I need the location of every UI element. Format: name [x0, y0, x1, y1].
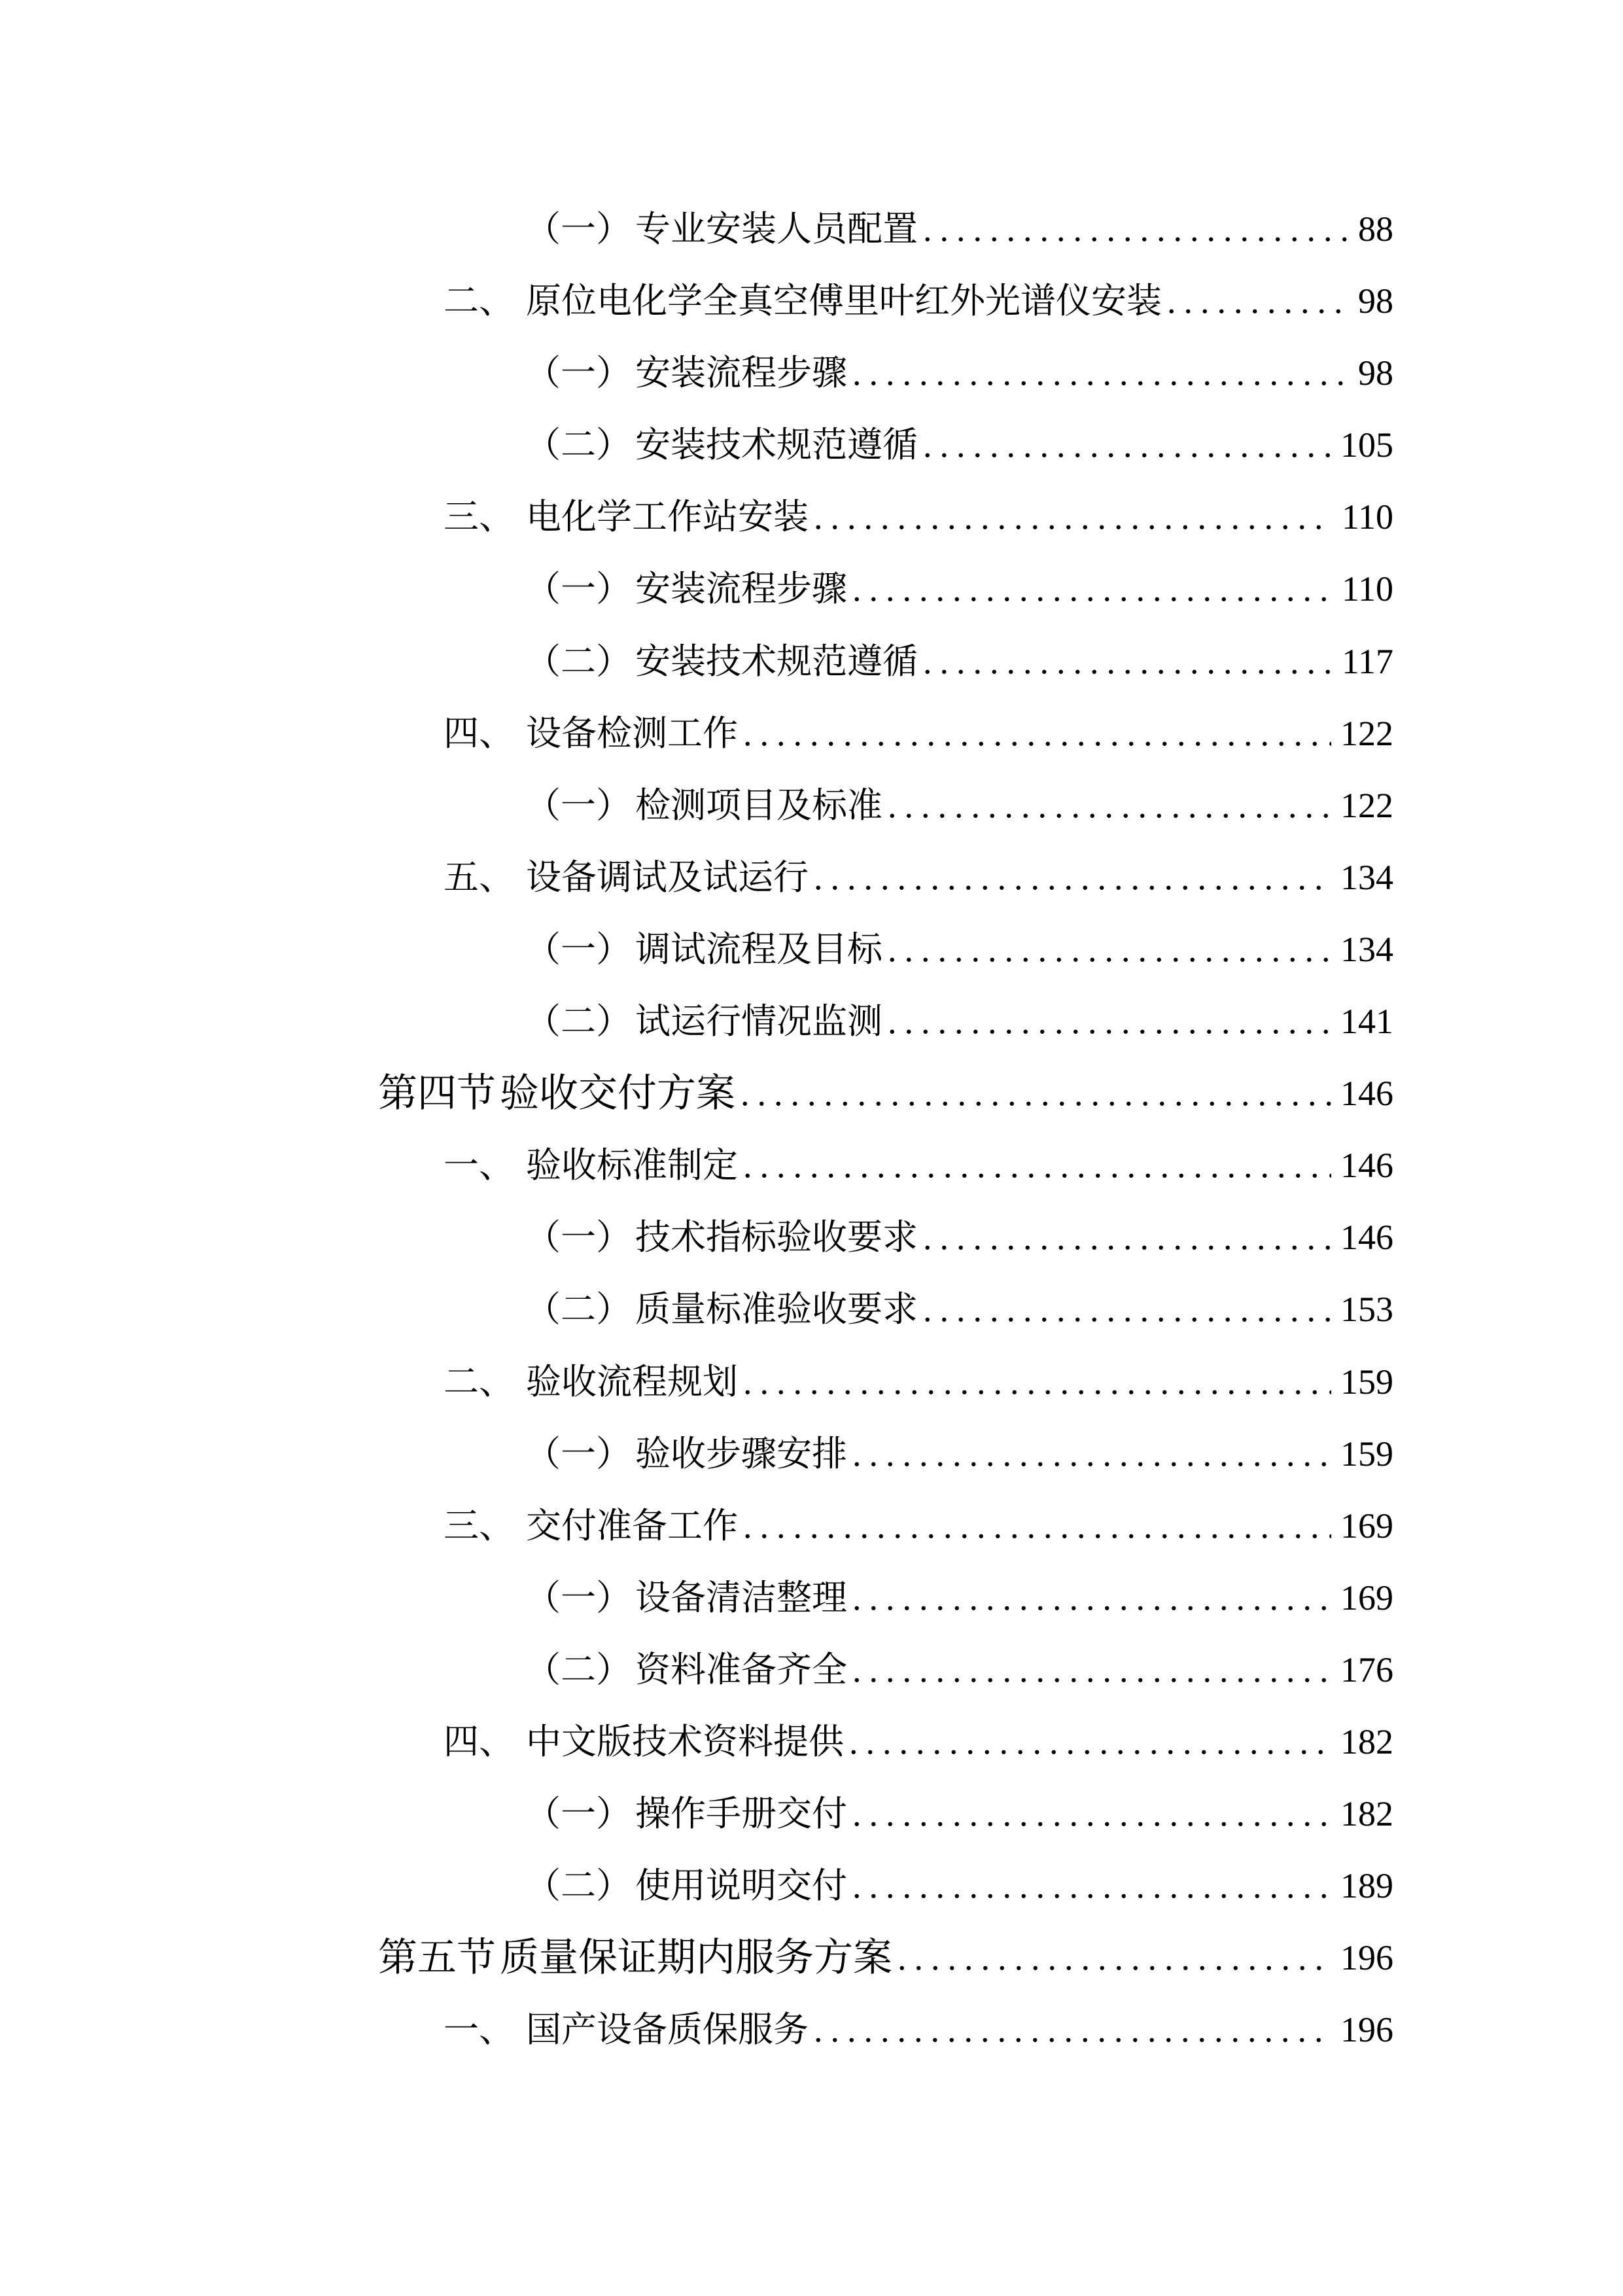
toc-entry-page-number: 176	[1340, 1634, 1393, 1706]
toc-entry-number: （一）	[525, 193, 631, 265]
toc-entry-number: （一）	[525, 553, 631, 625]
toc-entry-number: （二）	[525, 1273, 631, 1345]
toc-entry-title: 验收标准制定	[526, 1129, 738, 1201]
toc-entry-title: 设备调试及试运行	[526, 841, 809, 913]
toc-entry[interactable]: 四、中文版技术资料提供.............................…	[0, 1706, 1623, 1778]
dot-leader: ........................................…	[923, 193, 1349, 265]
toc-entry-page-number: 169	[1340, 1490, 1393, 1562]
dot-leader: ........................................…	[852, 1850, 1331, 1922]
toc-entry-number: 二、	[444, 1346, 514, 1418]
dot-leader: ........................................…	[852, 1562, 1331, 1634]
toc-entry-number: （一）	[525, 1201, 631, 1273]
toc-entry-number: （一）	[525, 769, 631, 841]
toc-entry-page-number: 182	[1340, 1778, 1393, 1850]
toc-entry[interactable]: 一、验收标准制定................................…	[0, 1129, 1623, 1201]
dot-leader: ........................................…	[888, 913, 1331, 985]
toc-entry-number: （一）	[525, 913, 631, 985]
toc-entry[interactable]: （一）验收步骤安排...............................…	[0, 1418, 1623, 1490]
toc-entry-title: 安装技术规范遵循	[635, 626, 918, 698]
toc-entry-number: （二）	[525, 1850, 631, 1922]
toc-entry-page-number: 153	[1340, 1273, 1393, 1345]
dot-leader: ........................................…	[743, 698, 1331, 769]
toc-entry-number: 一、	[444, 1129, 514, 1201]
toc-entry-title: 设备清洁整理	[635, 1562, 847, 1634]
toc-entry-page-number: 98	[1358, 337, 1393, 409]
toc-entry[interactable]: 三、电化学工作站安装..............................…	[0, 481, 1623, 553]
toc-entry[interactable]: 第五节质量保证期内服务方案...........................…	[0, 1922, 1623, 1994]
dot-leader: ........................................…	[923, 626, 1333, 698]
toc-entry-number: 一、	[444, 1994, 514, 2066]
toc-entry-title: 验收交付方案	[500, 1057, 735, 1129]
toc-entry-page-number: 146	[1340, 1057, 1393, 1129]
toc-entry-title: 调试流程及目标	[635, 913, 882, 985]
dot-leader: ........................................…	[923, 409, 1331, 481]
dot-leader: ........................................…	[852, 1778, 1331, 1850]
toc-entry-title: 质量保证期内服务方案	[500, 1922, 892, 1994]
toc-entry-title: 安装流程步骤	[635, 553, 847, 625]
toc-entry-page-number: 189	[1340, 1850, 1393, 1922]
toc-entry[interactable]: （一）检测项目及标准..............................…	[0, 769, 1623, 841]
toc-entry-page-number: 105	[1340, 409, 1393, 481]
toc-entry-title: 专业安装人员配置	[635, 193, 918, 265]
toc-entry-title: 电化学工作站安装	[526, 481, 809, 553]
toc-entry-page-number: 196	[1340, 1922, 1393, 1994]
toc-entry-title: 技术指标验收要求	[635, 1201, 918, 1273]
dot-leader: ........................................…	[852, 337, 1349, 409]
toc-entry-title: 使用说明交付	[635, 1850, 847, 1922]
dot-leader: ........................................…	[888, 769, 1331, 841]
toc-entry-title: 操作手册交付	[635, 1778, 847, 1850]
toc-entry-number: （二）	[525, 626, 631, 698]
dot-leader: ........................................…	[852, 1634, 1331, 1706]
dot-leader: ........................................…	[743, 1490, 1331, 1562]
dot-leader: ........................................…	[923, 1273, 1331, 1345]
toc-entry[interactable]: 四、设备检测工作................................…	[0, 698, 1623, 769]
toc-entry[interactable]: 二、验收流程规划................................…	[0, 1346, 1623, 1418]
toc-entry-title: 设备检测工作	[526, 698, 738, 769]
toc-entry-number: （二）	[525, 1634, 631, 1706]
toc-entry-page-number: 146	[1340, 1129, 1393, 1201]
toc-entry-number: 三、	[444, 481, 514, 553]
toc-entry-number: （一）	[525, 337, 631, 409]
toc-entry-page-number: 110	[1342, 481, 1393, 553]
toc-entry[interactable]: 一、国产设备质保服务..............................…	[0, 1994, 1623, 2066]
toc-entry-page-number: 159	[1340, 1418, 1393, 1490]
toc-entry-page-number: 134	[1340, 841, 1393, 913]
toc-entry-page-number: 134	[1340, 913, 1393, 985]
toc-entry-page-number: 122	[1340, 698, 1393, 769]
toc-entry-title: 安装流程步骤	[635, 337, 847, 409]
toc-entry-number: 五、	[444, 841, 514, 913]
dot-leader: ........................................…	[814, 481, 1333, 553]
toc-entry-page-number: 141	[1340, 985, 1393, 1057]
toc-entry-title: 资料准备齐全	[635, 1634, 847, 1706]
toc-entry-page-number: 146	[1340, 1201, 1393, 1273]
toc-entry-number: 四、	[444, 698, 514, 769]
toc-list: （一）专业安装人员配置.............................…	[0, 193, 1623, 2066]
toc-entry[interactable]: （二）安装技术规范遵循.............................…	[0, 626, 1623, 698]
toc-entry[interactable]: 第四节验收交付方案...............................…	[0, 1057, 1623, 1129]
toc-entry-title: 验收步骤安排	[635, 1418, 847, 1490]
dot-leader: ........................................…	[743, 1346, 1331, 1418]
toc-entry[interactable]: （二）使用说明交付...............................…	[0, 1850, 1623, 1922]
toc-entry-title: 检测项目及标准	[635, 769, 882, 841]
toc-entry-number: 二、	[444, 265, 514, 337]
document-page: （一）专业安装人员配置.............................…	[0, 0, 1623, 2296]
toc-entry-title: 质量标准验收要求	[635, 1273, 918, 1345]
dot-leader: ........................................…	[888, 985, 1331, 1057]
toc-entry-title: 国产设备质保服务	[526, 1994, 809, 2066]
dot-leader: ........................................…	[898, 1922, 1331, 1994]
toc-entry[interactable]: （一）安装流程步骤...............................…	[0, 553, 1623, 625]
toc-entry-page-number: 98	[1358, 265, 1393, 337]
toc-entry-page-number: 88	[1358, 193, 1393, 265]
toc-entry[interactable]: （二）安装技术规范遵循.............................…	[0, 409, 1623, 481]
toc-entry-page-number: 196	[1340, 1994, 1393, 2066]
dot-leader: ........................................…	[849, 1706, 1331, 1778]
toc-entry[interactable]: （一）安装流程步骤...............................…	[0, 337, 1623, 409]
toc-entry-number: （二）	[525, 985, 631, 1057]
toc-entry-page-number: 122	[1340, 769, 1393, 841]
toc-entry-number: （一）	[525, 1418, 631, 1490]
toc-entry-title: 验收流程规划	[526, 1346, 738, 1418]
toc-entry-page-number: 117	[1342, 626, 1393, 698]
toc-entry[interactable]: （一）操作手册交付...............................…	[0, 1778, 1623, 1850]
toc-entry-title: 原位电化学全真空傅里叶红外光谱仪安装	[526, 265, 1162, 337]
dot-leader: ........................................…	[814, 1994, 1331, 2066]
toc-entry[interactable]: 五、设备调试及试运行..............................…	[0, 841, 1623, 913]
toc-entry-page-number: 182	[1340, 1706, 1393, 1778]
toc-entry-page-number: 159	[1340, 1346, 1393, 1418]
toc-entry-number: （一）	[525, 1778, 631, 1850]
dot-leader: ........................................…	[852, 1418, 1331, 1490]
toc-entry-number: （二）	[525, 409, 631, 481]
dot-leader: ........................................…	[743, 1129, 1331, 1201]
dot-leader: ........................................…	[923, 1201, 1331, 1273]
toc-entry[interactable]: （一）调试流程及目标..............................…	[0, 913, 1623, 985]
toc-entry-title: 安装技术规范遵循	[635, 409, 918, 481]
toc-entry[interactable]: 二、原位电化学全真空傅里叶红外光谱仪安装....................…	[0, 265, 1623, 337]
toc-entry-number: 三、	[444, 1490, 514, 1562]
toc-entry[interactable]: 三、交付准备工作................................…	[0, 1490, 1623, 1562]
dot-leader: ........................................…	[1167, 265, 1349, 337]
toc-entry-number: 第四节	[378, 1057, 496, 1129]
toc-entry[interactable]: （二）资料准备齐全...............................…	[0, 1634, 1623, 1706]
dot-leader: ........................................…	[814, 841, 1331, 913]
toc-entry[interactable]: （一）技术指标验收要求.............................…	[0, 1201, 1623, 1273]
toc-entry[interactable]: （一）设备清洁整理...............................…	[0, 1562, 1623, 1634]
toc-entry[interactable]: （二）质量标准验收要求.............................…	[0, 1273, 1623, 1345]
toc-entry-page-number: 110	[1342, 553, 1393, 625]
toc-entry-title: 试运行情况监测	[635, 985, 882, 1057]
dot-leader: ........................................…	[741, 1057, 1331, 1129]
toc-entry-title: 中文版技术资料提供	[526, 1706, 844, 1778]
toc-entry-title: 交付准备工作	[526, 1490, 738, 1562]
toc-entry[interactable]: （一）专业安装人员配置.............................…	[0, 193, 1623, 265]
toc-entry-number: （一）	[525, 1562, 631, 1634]
toc-entry-number: 四、	[444, 1706, 514, 1778]
toc-entry[interactable]: （二）试运行情况监测..............................…	[0, 985, 1623, 1057]
toc-entry-number: 第五节	[378, 1922, 496, 1994]
dot-leader: ........................................…	[852, 553, 1333, 625]
toc-entry-page-number: 169	[1340, 1562, 1393, 1634]
